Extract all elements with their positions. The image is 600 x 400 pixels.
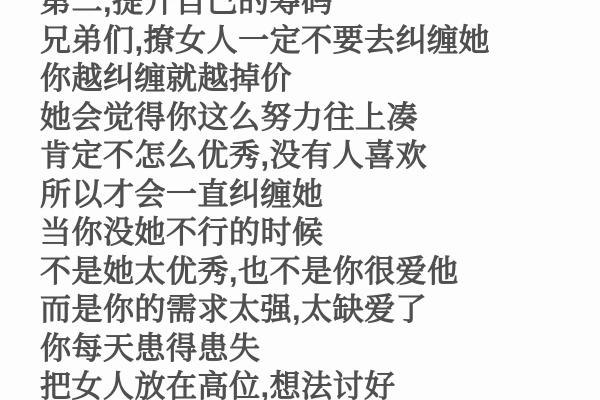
text-line: 肯定不怎么优秀,没有人喜欢 <box>40 137 600 176</box>
text-image-page: 第二,提升自己的筹码 兄弟们,撩女人一定不要去纠缠她 你越纠缠就越掉价 她会觉得… <box>0 0 600 400</box>
text-line: 而是你的需求太强,太缺爱了 <box>40 291 600 330</box>
text-line: 你每天患得患失 <box>40 330 600 369</box>
text-line: 你越纠缠就越掉价 <box>40 60 600 99</box>
quote-text-block: 第二,提升自己的筹码 兄弟们,撩女人一定不要去纠缠她 你越纠缠就越掉价 她会觉得… <box>40 0 600 400</box>
text-line: 兄弟们,撩女人一定不要去纠缠她 <box>40 22 600 61</box>
text-line: 所以才会一直纠缠她 <box>40 176 600 215</box>
text-line-clipped: 第二,提升自己的筹码 <box>40 0 600 22</box>
text-line: 她会觉得你这么努力往上凑 <box>40 99 600 138</box>
text-line: 不是她太优秀,也不是你很爱他 <box>40 253 600 292</box>
text-line: 当你没她不行的时候 <box>40 214 600 253</box>
text-line: 把女人放在高位,想法讨好 <box>40 368 600 400</box>
